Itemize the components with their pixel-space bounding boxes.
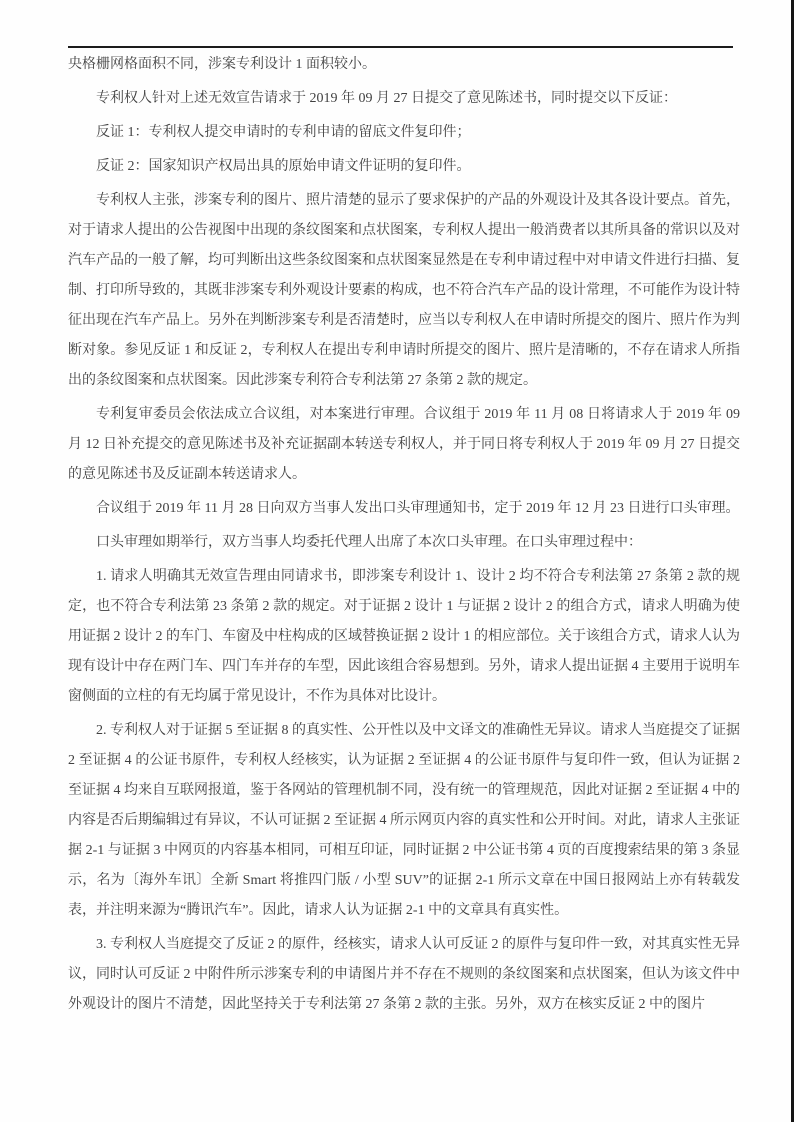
paragraph-continuation: 央格栅网格面积不同，涉案专利设计 1 面积较小。 [68,50,740,80]
paragraph: 口头审理如期举行，双方当事人均委托代理人出席了本次口头审理。在口头审理过程中： [68,528,740,558]
paragraph-item-2: 2. 专利权人对于证据 5 至证据 8 的真实性、公开性以及中文译文的准确性无异… [68,716,740,926]
paragraph-item-3: 3. 专利权人当庭提交了反证 2 的原件，经核实，请求人认可反证 2 的原件与复… [68,930,740,1020]
header-divider-line [68,46,733,48]
paragraph: 合议组于 2019 年 11 月 28 日向双方当事人发出口头审理通知书，定于 … [68,494,740,524]
paragraph-counter-evidence-1: 反证 1：专利权人提交申请时的专利申请的留底文件复印件； [68,118,740,148]
document-page: 央格栅网格面积不同，涉案专利设计 1 面积较小。 专利权人针对上述无效宣告请求于… [0,0,796,1122]
scan-edge-line [791,0,794,1122]
paragraph: 专利权人针对上述无效宣告请求于 2019 年 09 月 27 日提交了意见陈述书… [68,84,740,114]
document-body: 央格栅网格面积不同，涉案专利设计 1 面积较小。 专利权人针对上述无效宣告请求于… [68,50,740,1024]
paragraph-item-1: 1. 请求人明确其无效宣告理由同请求书，即涉案专利设计 1、设计 2 均不符合专… [68,562,740,712]
paragraph: 专利复审委员会依法成立合议组，对本案进行审理。合议组于 2019 年 11 月 … [68,400,740,490]
paragraph: 专利权人主张，涉案专利的图片、照片清楚的显示了要求保护的产品的外观设计及其各设计… [68,186,740,396]
paragraph-counter-evidence-2: 反证 2：国家知识产权局出具的原始申请文件证明的复印件。 [68,152,740,182]
